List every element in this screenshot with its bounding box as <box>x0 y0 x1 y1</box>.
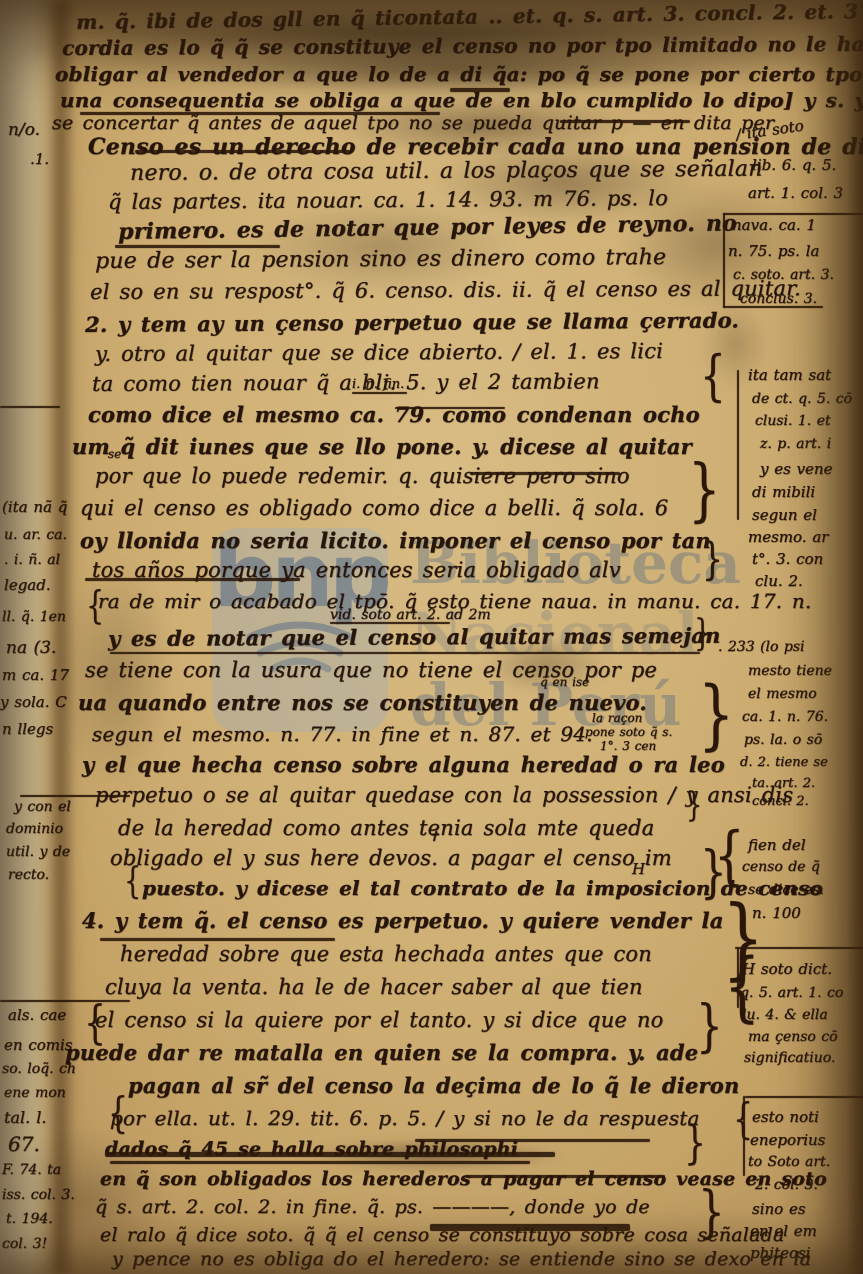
manuscript-line: y pence no es obliga do el heredero: se … <box>112 1250 811 1269</box>
manuscript-line: ta como tien nouar q̃ a bli. 5. y el 2 t… <box>92 371 600 395</box>
ink-rule <box>465 1175 665 1178</box>
manuscript-line: y. otro al quitar que se dice abierto. /… <box>95 341 663 365</box>
margin-note-left: recto. <box>8 868 49 882</box>
margin-note-right: significatiuo. <box>744 1051 835 1065</box>
margin-note-right: esto noti <box>752 1110 819 1125</box>
ink-rule <box>0 1000 130 1002</box>
manuscript-line: nero. o. de otra cosa util. a los plaços… <box>130 159 763 185</box>
manuscript-line: cluya la venta. ha le de hacer saber al … <box>105 977 643 998</box>
manuscript-line: pagan al sr̃ del censo la deçima de lo q… <box>128 1075 739 1096</box>
manuscript-line: pue de ser la pension sino es dinero com… <box>95 247 666 273</box>
margin-note-left: ll. q̃. 1en <box>2 610 66 624</box>
margin-note-right: z. p. art. i <box>760 437 831 451</box>
brace-mark: { <box>108 1094 128 1132</box>
margin-note-left: F. 74. ta <box>2 1163 61 1177</box>
manuscript-line: una consequentia se obliga a que de en b… <box>60 90 863 110</box>
ink-rule <box>110 1161 530 1164</box>
margin-note-right: ca. 1. n. 76. <box>742 710 828 724</box>
manuscript-page: bnp Biblioteca Nacional del Perú m. q̃. … <box>0 0 863 1274</box>
ink-rule <box>723 306 823 308</box>
manuscript-line: obligado el y sus here devos. a pagar el… <box>110 848 672 869</box>
ink-rule <box>470 472 620 475</box>
manuscript-line: segun el mesmo. n. 77. in fine et n. 87.… <box>92 724 593 744</box>
margin-note-left: dominio <box>6 822 63 836</box>
margin-note-right: eneporius <box>750 1133 825 1148</box>
manuscript-line: el censo si la quiere por el tanto. y si… <box>95 1010 664 1031</box>
manuscript-line: 2. y tem ay un çenso perpetuo que se lla… <box>85 309 739 335</box>
manuscript-line: y el que hecha censo sobre alguna hereda… <box>82 754 725 775</box>
manuscript-line: por ella. ut. l. 29. tit. 6. p. 5. / y s… <box>110 1108 700 1128</box>
margin-note-left: .1. <box>30 152 49 167</box>
margin-note-left: 67. <box>8 1134 40 1154</box>
margin-note-right: el mesmo <box>748 687 817 701</box>
margin-note-left: y con el <box>14 800 71 814</box>
ink-rule <box>723 213 863 215</box>
ink-rule <box>330 622 450 624</box>
manuscript-line: el so en su respost°. q̃ 6. censo. dis. … <box>90 278 801 303</box>
brace-mark: { <box>86 588 104 622</box>
manuscript-line: se concertar q̃ antes de aquel tpo no se… <box>52 114 774 133</box>
margin-note-left: ene mon <box>4 1086 66 1100</box>
manuscript-line: qui el censo es obligado como dice a bel… <box>80 498 668 519</box>
manuscript-line: um q̃ dit iunes que se llo pone. y. dice… <box>72 436 692 457</box>
margin-note-right: clu. 2. <box>755 574 803 589</box>
manuscript-line: oy llonida no seria licito. imponer el c… <box>80 530 711 551</box>
ink-rule <box>20 795 130 797</box>
ink-rule <box>737 948 739 1008</box>
interlinear-note: la raçon <box>592 712 642 724</box>
ink-rule <box>110 652 700 654</box>
interlinear-note: vid. soto art. 2. ad 2m <box>330 608 491 622</box>
margin-note-left: en comis <box>4 1038 72 1053</box>
ink-rule <box>737 370 739 520</box>
brace-mark: } <box>702 540 723 580</box>
margin-note-left: t. 194. <box>6 1212 53 1226</box>
interlinear-note: q̃ en ise <box>540 676 589 688</box>
gutter-shadow <box>46 0 76 1274</box>
margin-note-right: ita tam sat <box>748 368 831 383</box>
brace-mark: { <box>724 952 760 1020</box>
margin-note-right: segun el <box>752 508 817 523</box>
ink-rule <box>450 88 510 92</box>
margin-note-left: m ca. 17 <box>2 668 69 683</box>
margin-note-left: col. 3! <box>2 1237 47 1251</box>
ink-rule <box>723 213 725 308</box>
ink-rule <box>115 245 280 248</box>
ink-rule <box>352 392 407 394</box>
brace-mark: } <box>696 1002 723 1052</box>
interlinear-note: H <box>632 862 645 877</box>
ink-rule <box>85 578 300 581</box>
margin-note-right: nava. ca. 1 <box>732 218 816 233</box>
margin-note-right: art. 1. col. 3 <box>748 186 843 201</box>
manuscript-line: heredad sobre que esta hechada antes que… <box>120 944 652 965</box>
margin-note-left: als. cae <box>8 1008 66 1023</box>
margin-note-right: clusi. 1. et <box>755 414 831 428</box>
margin-note-right: censo de q̃ <box>742 860 820 874</box>
margin-note-left: so. loq̃. ch <box>2 1062 76 1076</box>
brace-mark: } <box>686 790 702 821</box>
manuscript-line: puede dar re matalla en quien se la comp… <box>65 1042 698 1063</box>
margin-note-right: mesto tiene <box>748 664 832 678</box>
margin-note-right: c. soto. art. 3. <box>733 268 834 282</box>
interlinear-note: pone soto q̃ s. <box>585 726 672 738</box>
margin-note-left: legad. <box>4 578 51 593</box>
ink-rule <box>100 938 335 941</box>
ink-rule <box>560 120 690 123</box>
manuscript-line: primero. es de notar que por leyes de re… <box>118 212 737 243</box>
manuscript-line: de la heredad como antes tenia sola mte … <box>118 818 654 839</box>
margin-note-left: iss. col. 3. <box>2 1188 75 1202</box>
margin-note-left: u. ar. ca. <box>4 528 67 542</box>
interlinear-note: i. n. fin. <box>352 378 404 391</box>
margin-note-right: y es vene <box>760 462 832 477</box>
ink-rule <box>135 150 350 153</box>
margin-note-right: n. 75. ps. la <box>728 244 819 259</box>
brace-mark: } <box>688 460 720 521</box>
ink-rule <box>743 1096 745 1176</box>
ink-rule <box>430 1224 630 1231</box>
margin-note-right: sino es <box>752 1202 806 1217</box>
margin-note-right: concl. 2. <box>752 795 809 808</box>
manuscript-line: q̃ s. art. 2. col. 2. in fine. q̃. ps. —… <box>95 1198 650 1217</box>
margin-note-right: ps. la. o sō <box>744 733 822 747</box>
margin-note-right: t°. 3. con <box>752 552 823 567</box>
interlinear-note: ✝ <box>428 830 440 844</box>
margin-note-right: en el em <box>750 1224 817 1239</box>
margin-note-right: ma çenso cō <box>748 1030 838 1044</box>
manuscript-line: cordia es lo q̃ q̃ se constituye el cens… <box>62 34 863 58</box>
ink-rule <box>415 1139 650 1142</box>
brace-mark: { <box>700 352 726 401</box>
manuscript-line: obligar al vendedor a que lo de a di q̃a… <box>55 64 863 84</box>
manuscript-line: m. q̃. ibi de dos gll en q̃ ticontata ..… <box>76 0 863 32</box>
margin-note-right: fien del <box>748 838 806 853</box>
margin-note-left: n/o. <box>8 122 40 139</box>
ink-rule <box>0 406 60 408</box>
margin-note-left: . i. ñ. al <box>4 553 60 567</box>
manuscript-line: 4. y tem q̃. el censo es perpetuo. y qui… <box>82 910 724 931</box>
manuscript-line: ua quando entre nos se constituyen de nu… <box>78 692 647 713</box>
manuscript-line: como dice el mesmo ca. 79. como condenan… <box>88 404 700 425</box>
margin-note-left: tal. l. <box>4 1110 46 1126</box>
brace-mark: } <box>684 1122 706 1163</box>
manuscript-line: por que lo puede redemir. q. quisiere pe… <box>95 466 630 487</box>
margin-note-right: conclus. 3. <box>740 292 817 306</box>
margin-note-left: util. y de <box>6 845 70 859</box>
margin-note-right: de ct. q. 5. cō <box>752 392 852 406</box>
brace-mark: } <box>698 1188 725 1238</box>
ink-rule <box>105 1152 555 1157</box>
margin-note-right: . 233 (lo psi <box>718 640 805 654</box>
interlinear-note: 1°. 3 cen <box>600 740 656 752</box>
ink-rule <box>735 947 863 949</box>
manuscript-line: y es de notar que el censo al quitar mas… <box>108 625 721 649</box>
margin-note-right: phiteosi <box>750 1246 811 1261</box>
margin-note-right: di mibili <box>752 485 815 500</box>
brace-mark: { <box>124 866 141 898</box>
margin-note-left: (ita nã q̃ <box>2 500 67 515</box>
margin-note-right: lib. 6. q. 5. <box>752 158 836 173</box>
margin-note-right: d. 2. tiene se <box>740 756 828 769</box>
margin-note-right: 2. col. 3. <box>755 1178 818 1192</box>
interlinear-note: se <box>108 448 121 460</box>
brace-mark: } <box>694 618 711 650</box>
brace-mark: { <box>84 1002 106 1043</box>
ink-rule <box>395 407 505 409</box>
ink-rule <box>745 1096 863 1098</box>
brace-mark: } <box>698 680 734 748</box>
margin-note-left: na (3. <box>6 640 56 657</box>
margin-note-left: y sola. C <box>0 695 67 710</box>
margin-note-right: ta. art. 2. <box>752 777 815 790</box>
margin-note-right: mesmo. ar <box>748 530 828 545</box>
manuscript-line: q̃ las partes. ita nouar. ca. 1. 14. 93.… <box>108 188 668 213</box>
ink-rule <box>80 112 440 115</box>
margin-note-right: to Soto art. <box>748 1155 830 1169</box>
page-right-edge <box>847 0 863 1274</box>
margin-note-left: n llegs <box>2 722 53 737</box>
